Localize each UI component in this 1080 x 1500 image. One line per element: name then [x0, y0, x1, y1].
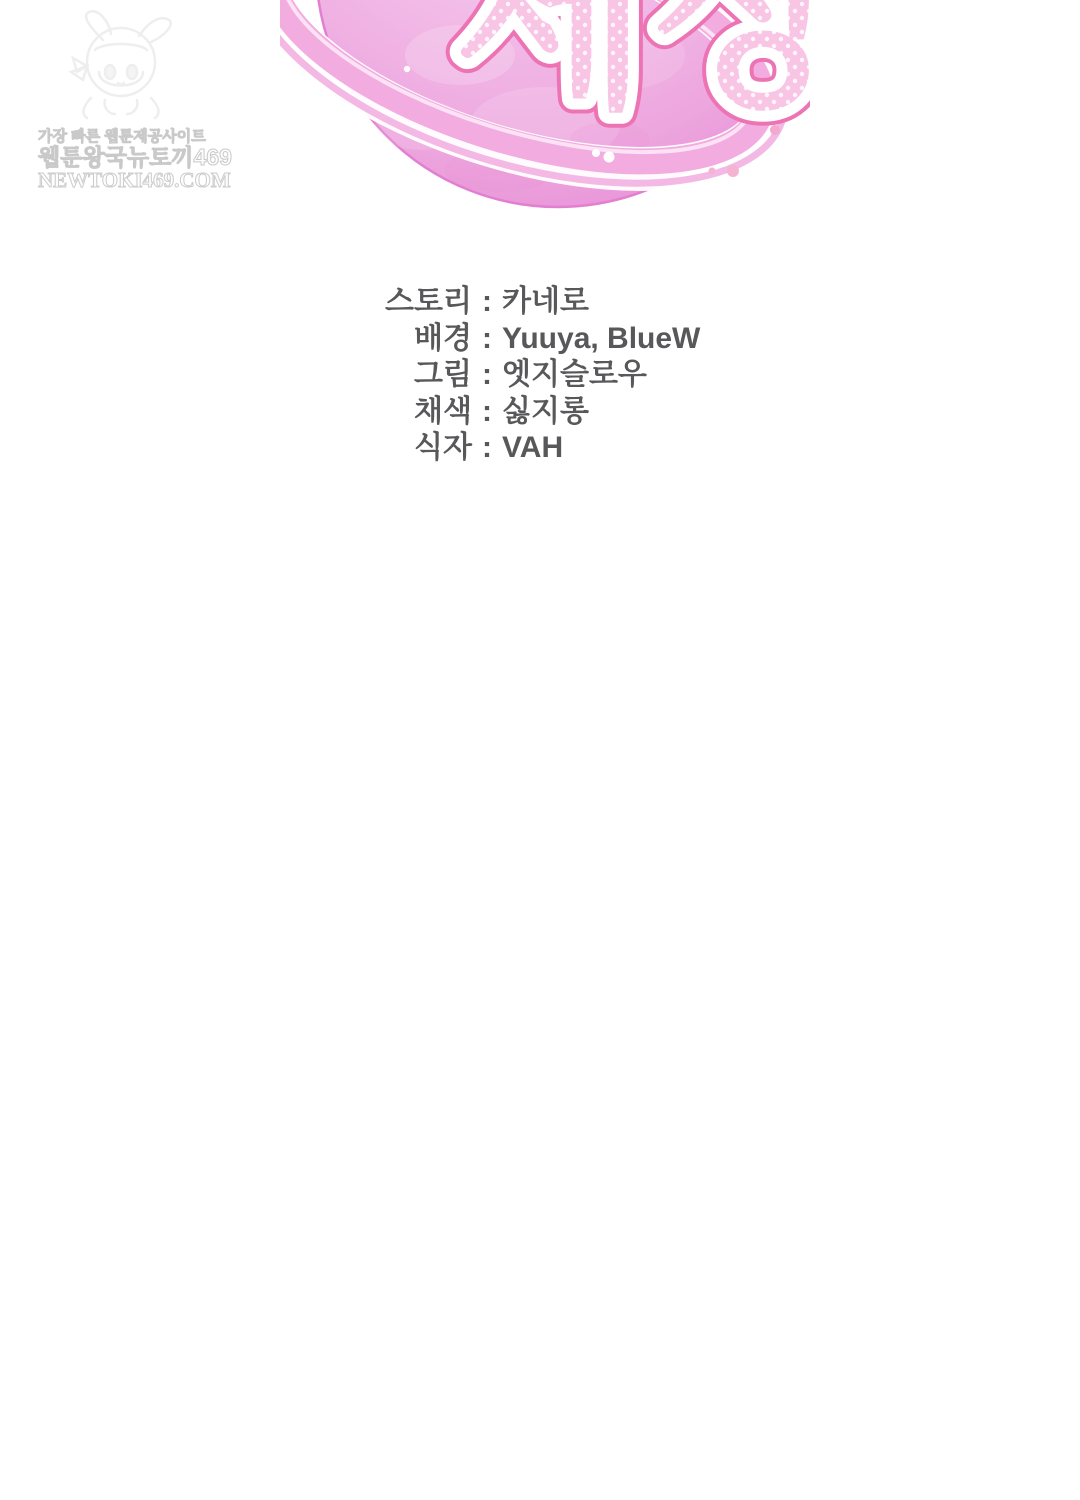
watermark-site-name: 웹툰왕국뉴토끼469	[38, 145, 198, 169]
cover-art: 세상 세상 세상	[280, 0, 810, 220]
credits-block: 스토리 : 카네로 배경 : Yuuya, BlueW 그림 : 엣지슬로우 채…	[368, 276, 700, 459]
sparkle-dot	[604, 152, 615, 163]
credit-row-coloring: 채색 : 싫지롱	[368, 386, 700, 423]
credit-value: VAH	[502, 431, 563, 465]
credit-row-story: 스토리 : 카네로	[368, 276, 700, 313]
watermark-mascot-illustration	[43, 10, 193, 128]
credit-label: 식자	[368, 422, 472, 466]
watermark-site-url: NEWTOKI469.COM	[38, 169, 198, 191]
credit-separator: :	[472, 358, 502, 392]
cover-title: 세상 세상 세상	[455, 0, 810, 131]
credit-separator: :	[472, 322, 502, 356]
credit-value: 싫지롱	[502, 386, 589, 430]
webtoon-credits-page: 가장 빠른 웹툰제공사이트 웹툰왕국뉴토끼469 NEWTOKI469.COM	[0, 0, 1080, 1500]
sparkle-dot	[592, 149, 600, 157]
credit-separator: :	[472, 431, 502, 465]
credit-separator: :	[472, 285, 502, 319]
deco-dot	[727, 165, 739, 177]
watermark-tagline: 가장 빠른 웹툰제공사이트	[38, 128, 198, 145]
credit-separator: :	[472, 395, 502, 429]
credit-value: 카네로	[502, 276, 589, 320]
planet-highlight-dot	[404, 66, 410, 72]
svg-text:세상: 세상	[455, 0, 810, 131]
deco-dot	[770, 125, 780, 135]
site-watermark: 가장 빠른 웹툰제공사이트 웹툰왕국뉴토끼469 NEWTOKI469.COM	[38, 10, 198, 191]
deco-dot	[709, 168, 716, 175]
